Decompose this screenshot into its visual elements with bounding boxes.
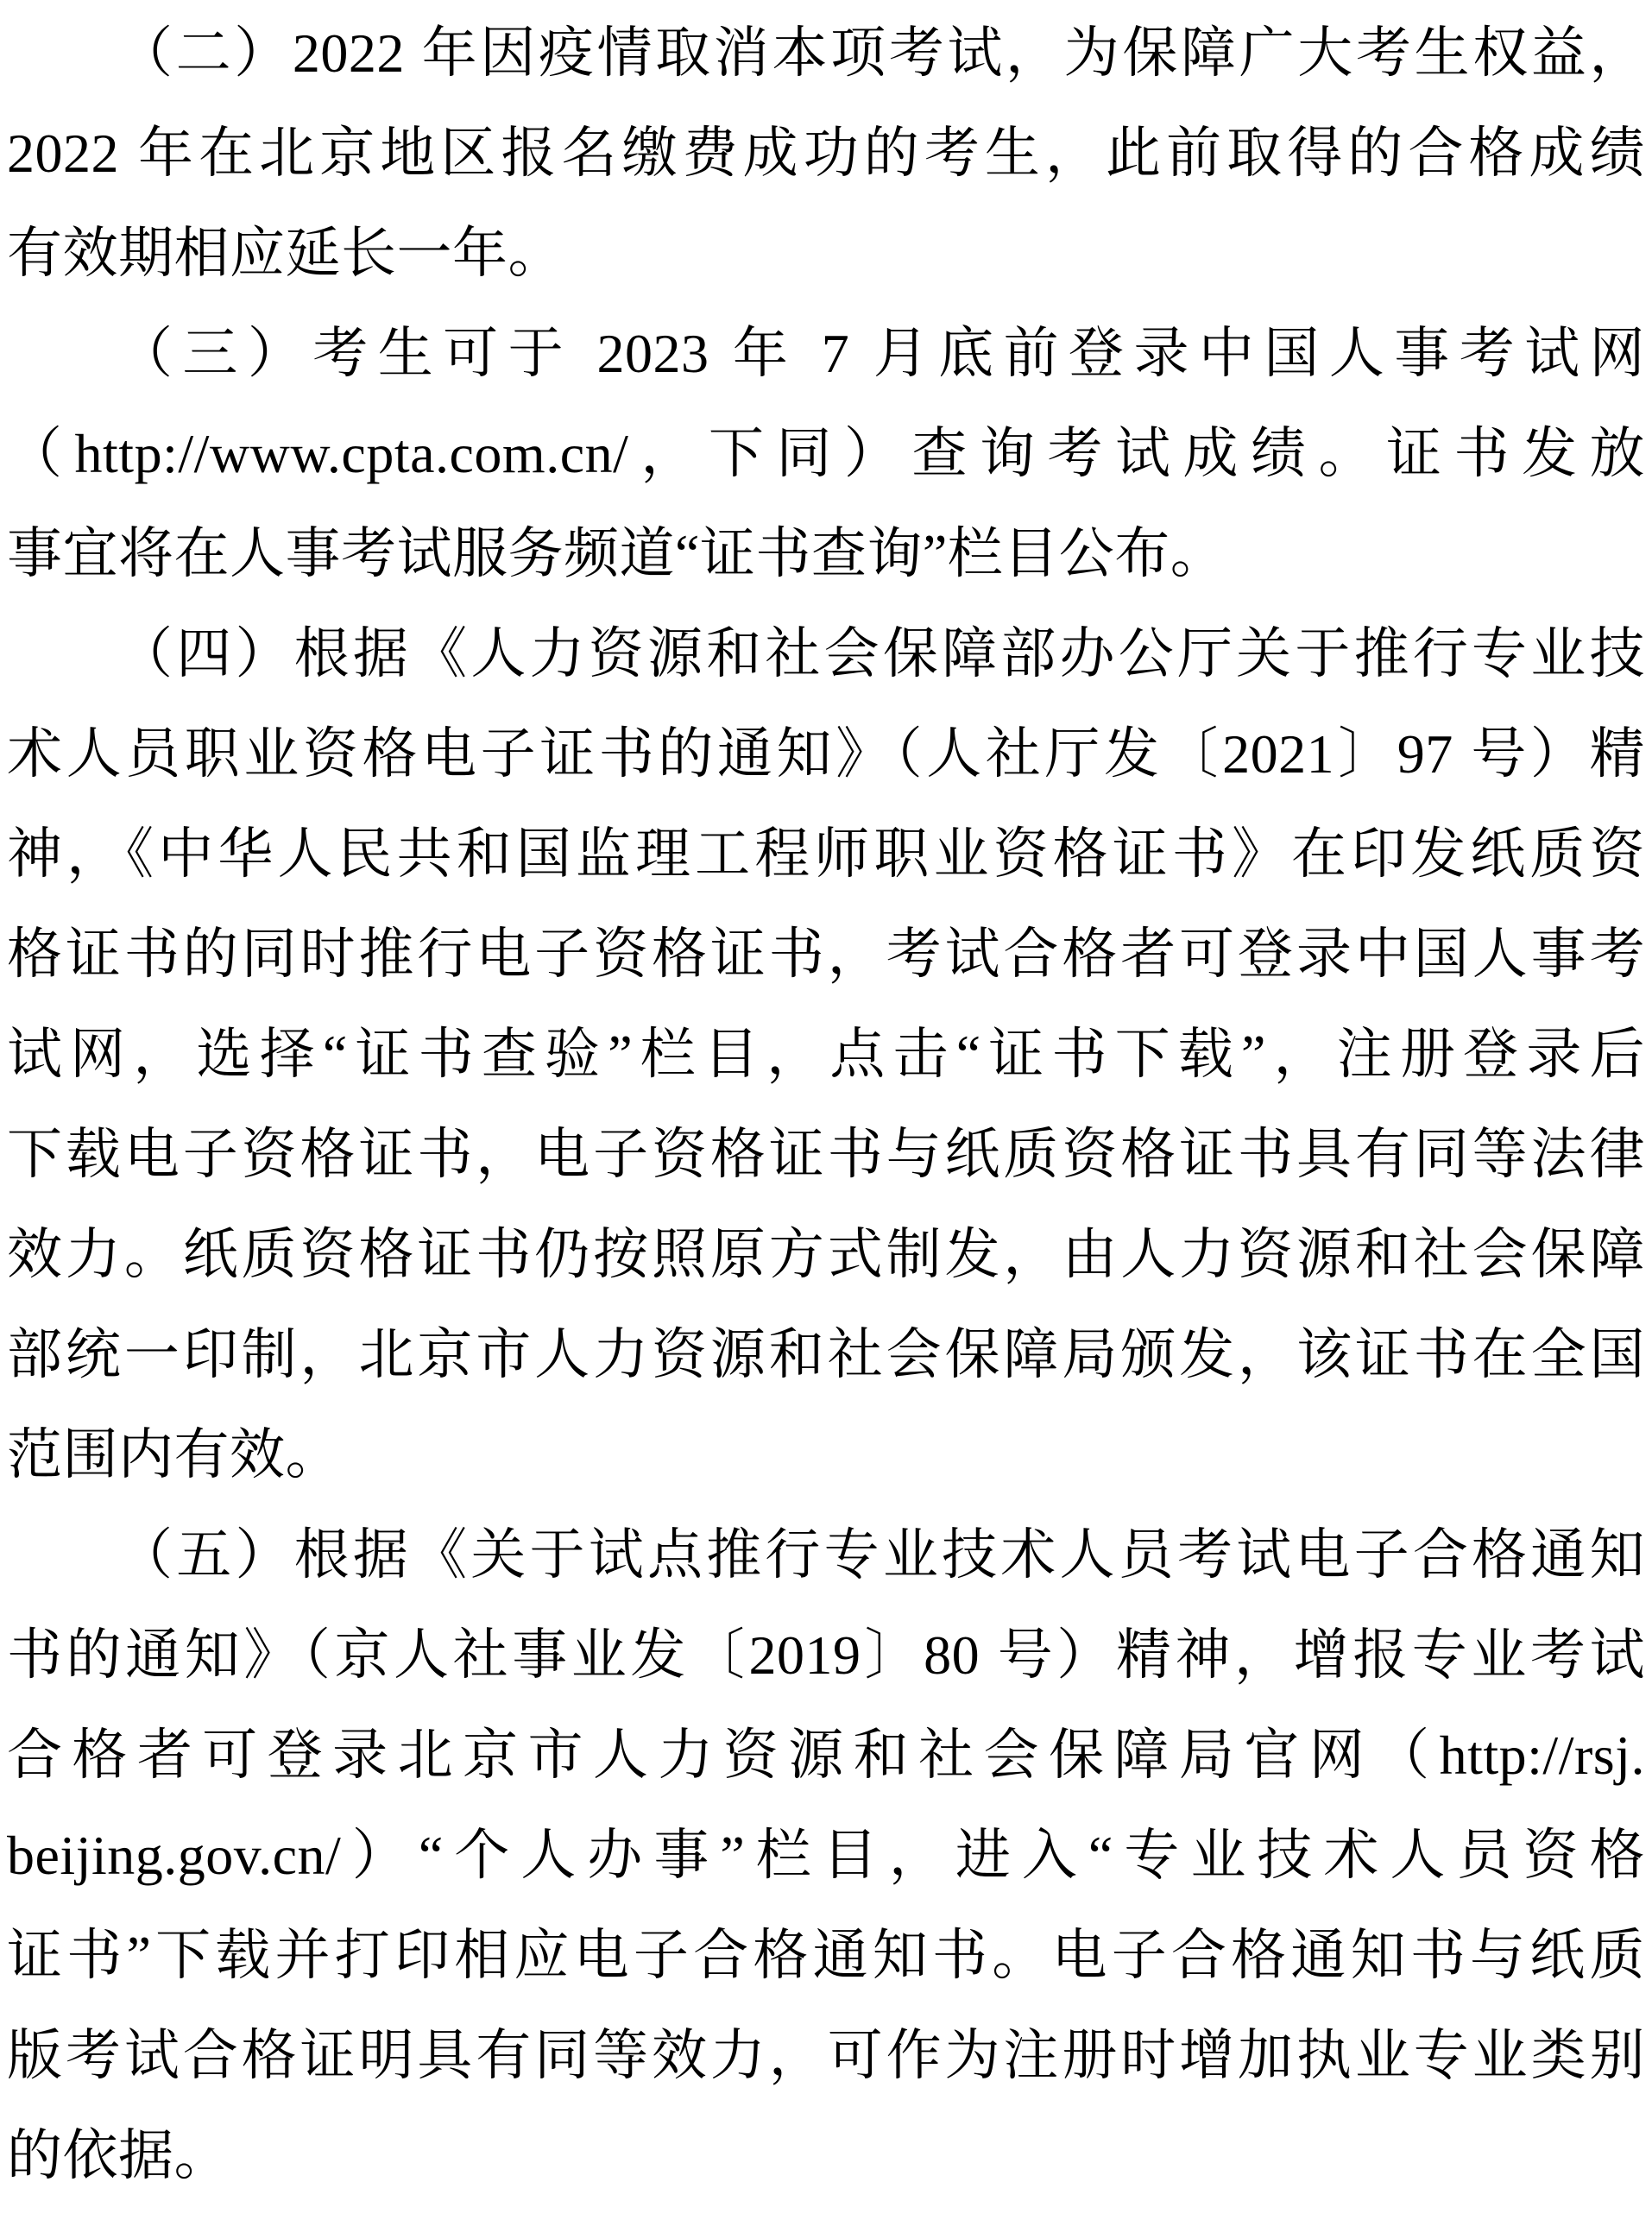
- text-line: 有效期相应延长一年。: [7, 204, 1645, 304]
- text-line: 下载电子资格证书，电子资格证书与纸质资格证书具有同等法律: [7, 1105, 1645, 1205]
- text-line: 合格者可登录北京市人力资源和社会保障局官网（http://rsj.: [7, 1706, 1645, 1806]
- text-line: 神，《中华人民共和国监理工程师职业资格证书》在印发纸质资: [7, 804, 1645, 905]
- paragraph-item-5: （五）根据《关于试点推行专业技术人员考试电子合格通知 书的通知》（京人社事业发〔…: [7, 1505, 1645, 2206]
- text-line: （四）根据《人力资源和社会保障部办公厅关于推行专业技: [7, 604, 1645, 704]
- text-line: beijing.gov.cn/）“个人办事”栏目，进入“专业技术人员资格: [7, 1806, 1645, 1906]
- paragraph-item-2: （二）2022 年因疫情取消本项考试，为保障广大考生权益， 2022 年在北京地…: [7, 3, 1645, 304]
- text-line: 部统一印制，北京市人力资源和社会保障局颁发，该证书在全国: [7, 1305, 1645, 1405]
- text-line: （五）根据《关于试点推行专业技术人员考试电子合格通知: [7, 1505, 1645, 1605]
- text-line: 证书”下载并打印相应电子合格通知书。电子合格通知书与纸质: [7, 1906, 1645, 2006]
- text-line: （三）考生可于 2023 年 7 月底前登录中国人事考试网: [7, 304, 1645, 404]
- text-line: 的依据。: [7, 2106, 1645, 2206]
- text-line: 范围内有效。: [7, 1405, 1645, 1505]
- text-line: 2022 年在北京地区报名缴费成功的考生，此前取得的合格成绩: [7, 104, 1645, 204]
- paragraph-item-3: （三）考生可于 2023 年 7 月底前登录中国人事考试网 （http://ww…: [7, 304, 1645, 604]
- text-line: （http://www.cpta.com.cn/，下同）查询考试成绩。证书发放: [7, 404, 1645, 504]
- text-line: 事宜将在人事考试服务频道“证书查询”栏目公布。: [7, 504, 1645, 604]
- paragraph-item-4: （四）根据《人力资源和社会保障部办公厅关于推行专业技 术人员职业资格电子证书的通…: [7, 604, 1645, 1505]
- text-line: 版考试合格证明具有同等效力，可作为注册时增加执业专业类别: [7, 2006, 1645, 2106]
- text-line: 试网，选择“证书查验”栏目，点击“证书下载”，注册登录后: [7, 1005, 1645, 1105]
- document-page: （二）2022 年因疫情取消本项考试，为保障广大考生权益， 2022 年在北京地…: [0, 0, 1652, 2220]
- text-line: 效力。纸质资格证书仍按照原方式制发，由人力资源和社会保障: [7, 1205, 1645, 1305]
- text-line: （二）2022 年因疫情取消本项考试，为保障广大考生权益，: [7, 3, 1645, 104]
- text-line: 术人员职业资格电子证书的通知》（人社厅发〔2021〕97 号）精: [7, 704, 1645, 804]
- text-line: 格证书的同时推行电子资格证书，考试合格者可登录中国人事考: [7, 905, 1645, 1005]
- text-line: 书的通知》（京人社事业发〔2019〕80 号）精神，增报专业考试: [7, 1605, 1645, 1706]
